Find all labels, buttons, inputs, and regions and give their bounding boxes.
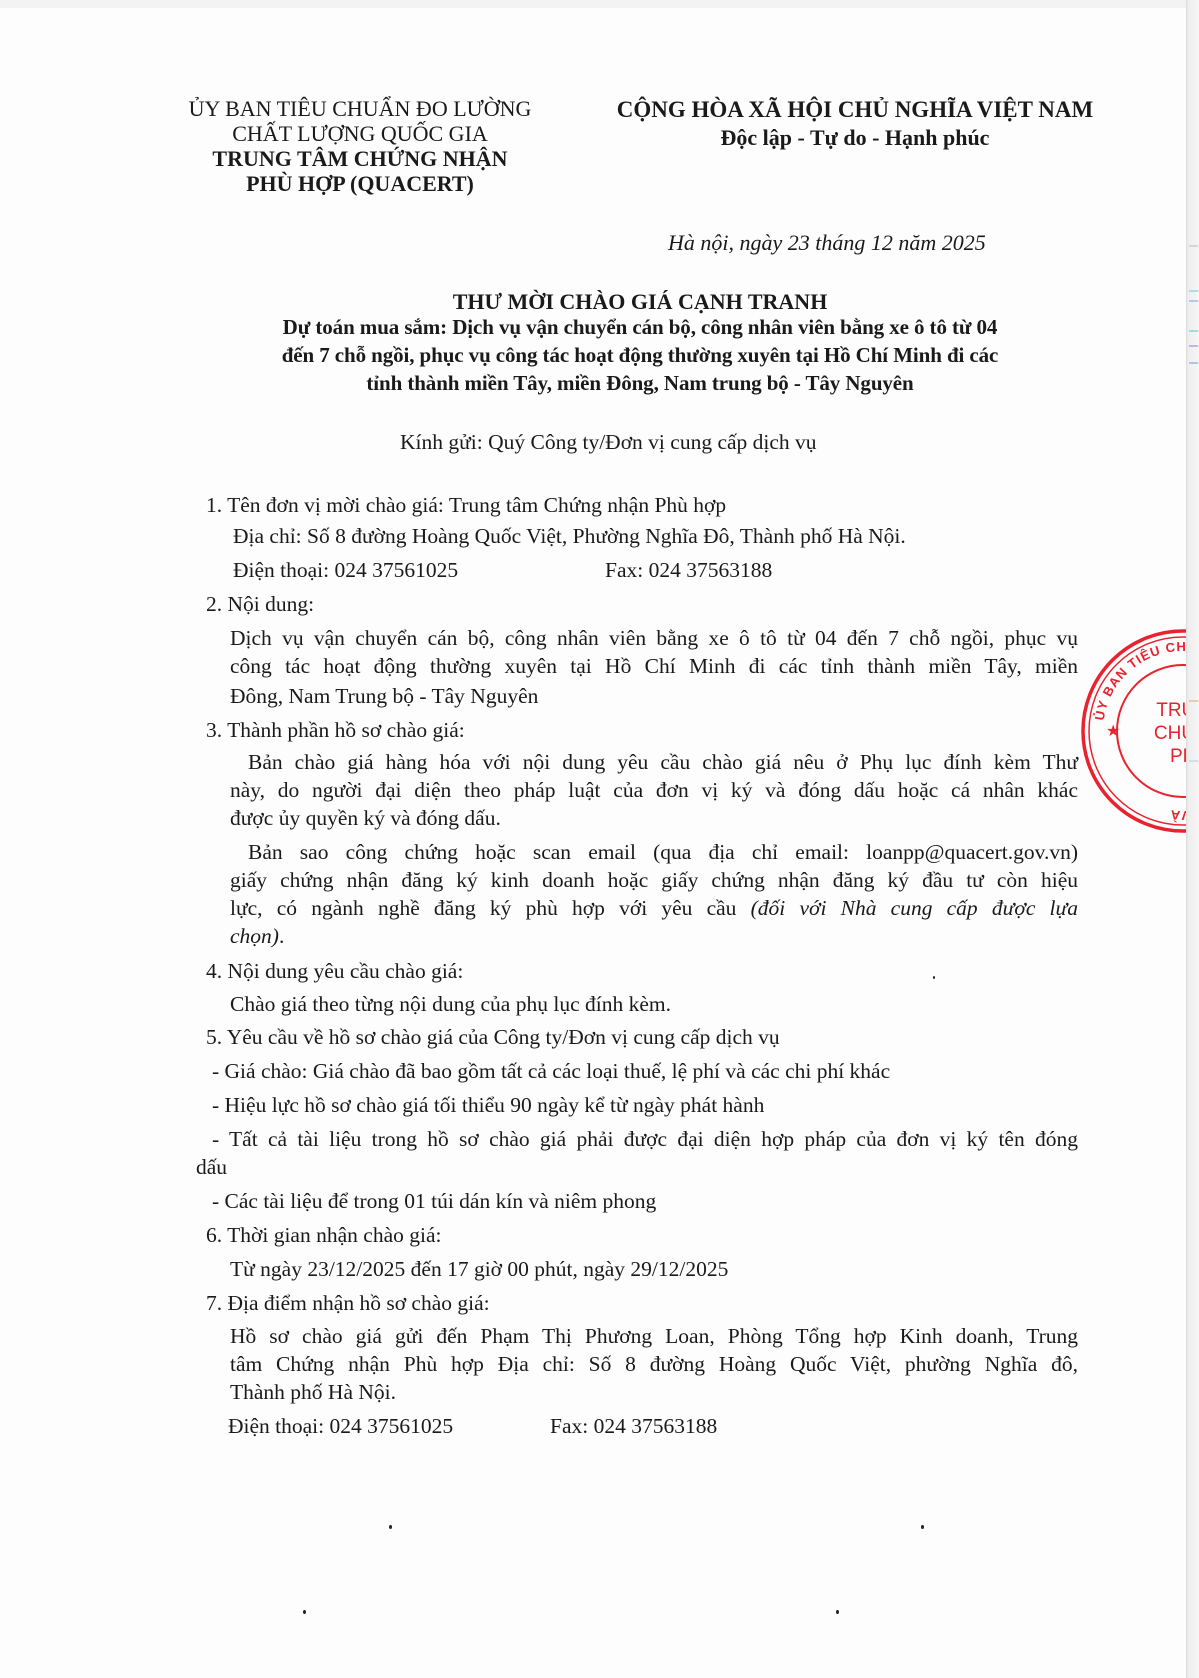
text-line: công tác hoạt động thường xuyên tại Hồ C… bbox=[230, 652, 1078, 680]
text-line: lực, có ngành nghề đăng ký phù hợp với y… bbox=[230, 894, 1078, 922]
section-7-heading: 7. Địa điểm nhận hồ sơ chào giá: bbox=[206, 1289, 490, 1317]
agency-name-line2: PHÙ HỢP (QUACERT) bbox=[180, 171, 540, 196]
section-1-address: Địa chỉ: Số 8 đường Hoàng Quốc Việt, Phư… bbox=[233, 522, 906, 550]
section-7-body: Hồ sơ chào giá gửi đến Phạm Thị Phương L… bbox=[230, 1322, 1078, 1406]
greeting: Kính gửi: Quý Công ty/Đơn vị cung cấp dị… bbox=[400, 428, 817, 456]
section-7-fax: Fax: 024 37563188 bbox=[550, 1412, 717, 1440]
agency-parent-line2: CHẤT LƯỢNG QUỐC GIA bbox=[180, 121, 540, 146]
text-line: Hồ sơ chào giá gửi đến Phạm Thị Phương L… bbox=[230, 1322, 1078, 1350]
scan-speck bbox=[389, 1525, 392, 1529]
scan-speck bbox=[921, 1525, 924, 1529]
document-subtitle: Dự toán mua sắm: Dịch vụ vận chuyển cán … bbox=[200, 313, 1080, 397]
date-line: Hà nội, ngày 23 tháng 12 năm 2025 bbox=[668, 230, 986, 256]
section-1-heading: 1. Tên đơn vị mời chào giá: Trung tâm Ch… bbox=[206, 491, 726, 519]
document-title: THƯ MỜI CHÀO GIÁ CẠNH TRANH bbox=[200, 289, 1080, 315]
text-span-italic: (đối với Nhà cung cấp được lựa bbox=[751, 896, 1078, 920]
text-span-italic: chọn) bbox=[230, 924, 279, 948]
subtitle-line: Dự toán mua sắm: Dịch vụ vận chuyển cán … bbox=[200, 313, 1080, 341]
section-5-bullet: - Các tài liệu để trong 01 túi dán kín v… bbox=[212, 1187, 656, 1215]
text-span: . bbox=[279, 924, 284, 948]
text-line: Bản chào giá hàng hóa với nội dung yêu c… bbox=[230, 748, 1078, 776]
subtitle-line: đến 7 chỗ ngồi, phục vụ công tác hoạt độ… bbox=[200, 341, 1080, 369]
section-5-bullet: - Giá chào: Giá chào đã bao gồm tất cả c… bbox=[212, 1057, 890, 1085]
page-edge-scrollbar[interactable] bbox=[1186, 0, 1199, 1678]
section-6-body: Từ ngày 23/12/2025 đến 17 giờ 00 phút, n… bbox=[230, 1255, 728, 1283]
text-line: Dịch vụ vận chuyển cán bộ, công nhân viê… bbox=[230, 624, 1078, 652]
text-line: Bản sao công chứng hoặc scan email (qua … bbox=[230, 838, 1078, 866]
national-header: CỘNG HÒA XÃ HỘI CHỦ NGHĨA VIỆT NAM Độc l… bbox=[600, 96, 1110, 152]
section-2-body: Dịch vụ vận chuyển cán bộ, công nhân viê… bbox=[230, 624, 1078, 680]
agency-name-line1: TRUNG TÂM CHỨNG NHẬN bbox=[180, 146, 540, 171]
section-4-heading: 4. Nội dung yêu cầu chào giá: bbox=[206, 957, 463, 985]
section-2-heading: 2. Nội dung: bbox=[206, 590, 314, 618]
text-line: Thành phố Hà Nội. bbox=[230, 1378, 1078, 1406]
section-5-bullet: - Hiệu lực hồ sơ chào giá tối thiểu 90 n… bbox=[212, 1091, 764, 1119]
section-1-phone: Điện thoại: 024 37561025 bbox=[233, 556, 458, 584]
section-3-paragraph-1: Bản chào giá hàng hóa với nội dung yêu c… bbox=[230, 748, 1078, 832]
section-6-heading: 6. Thời gian nhận chào giá: bbox=[206, 1221, 441, 1249]
section-5-bullet-cont: dấu bbox=[196, 1153, 227, 1181]
scan-speck bbox=[836, 1610, 839, 1614]
subtitle-line: tỉnh thành miền Tây, miền Đông, Nam trun… bbox=[200, 369, 1080, 397]
section-3-heading: 3. Thành phần hồ sơ chào giá: bbox=[206, 716, 465, 744]
text-line: chọn). bbox=[230, 922, 1078, 950]
text-line: tâm Chứng nhận Phù hợp Địa chỉ: Số 8 đườ… bbox=[230, 1350, 1078, 1378]
text-span: lực, có ngành nghề đăng ký phù hợp với y… bbox=[230, 896, 751, 920]
agency-parent-line1: ỦY BAN TIÊU CHUẨN ĐO LƯỜNG bbox=[180, 96, 540, 121]
section-5-bullet: - Tất cả tài liệu trong hồ sơ chào giá p… bbox=[212, 1125, 1078, 1153]
section-7-phone: Điện thoại: 024 37561025 bbox=[228, 1412, 453, 1440]
section-5-heading: 5. Yêu cầu về hồ sơ chào giá của Công ty… bbox=[206, 1023, 780, 1051]
section-2-body-end: Đông, Nam Trung bộ - Tây Nguyên bbox=[230, 682, 538, 710]
section-1-fax: Fax: 024 37563188 bbox=[605, 556, 772, 584]
text-line: này, do người đại diện theo pháp luật củ… bbox=[230, 776, 1078, 804]
agency-header: ỦY BAN TIÊU CHUẨN ĐO LƯỜNG CHẤT LƯỢNG QU… bbox=[180, 96, 540, 196]
national-title: CỘNG HÒA XÃ HỘI CHỦ NGHĨA VIỆT NAM bbox=[600, 96, 1110, 124]
section-3-paragraph-2: Bản sao công chứng hoặc scan email (qua … bbox=[230, 838, 1078, 950]
section-4-body: Chào giá theo từng nội dung của phụ lục … bbox=[230, 990, 671, 1018]
national-motto: Độc lập - Tự do - Hạnh phúc bbox=[600, 124, 1110, 152]
text-line: được ủy quyền ký và đóng dấu. bbox=[230, 804, 1078, 832]
scan-speck bbox=[933, 976, 935, 979]
text-line: giấy chứng nhận đăng ký kinh doanh hoặc … bbox=[230, 866, 1078, 894]
scan-speck bbox=[303, 1610, 306, 1614]
